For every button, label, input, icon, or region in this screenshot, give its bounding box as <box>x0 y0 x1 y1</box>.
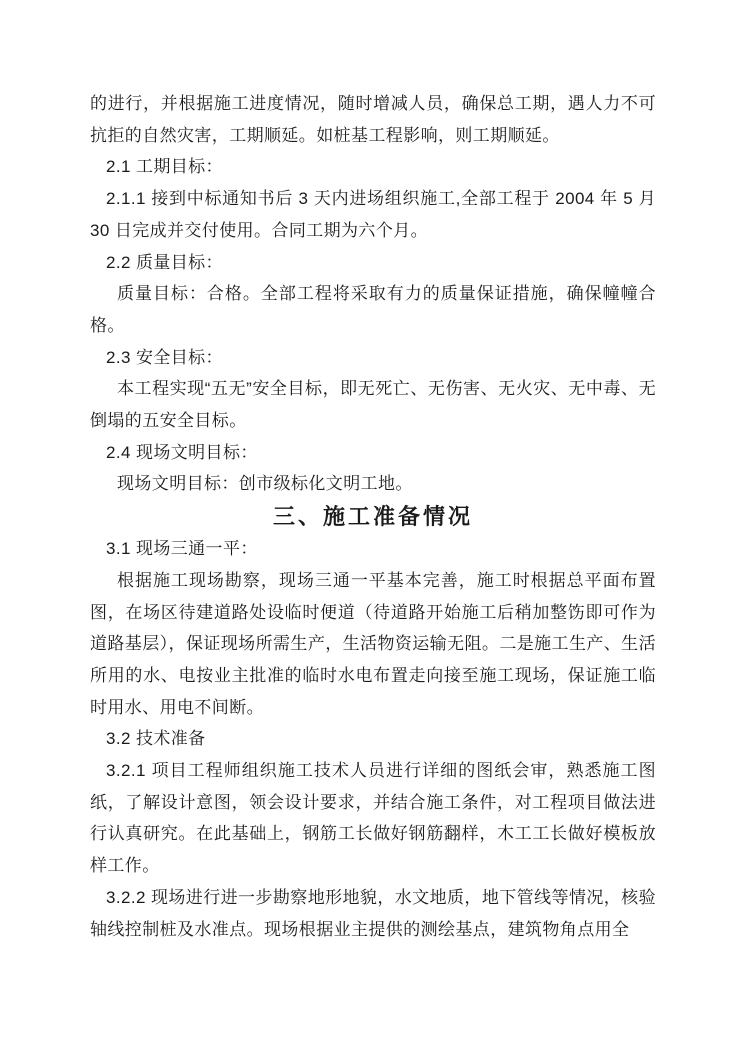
section-3-heading: 三、施工准备情况 <box>90 500 656 533</box>
clause-3-2-2-text-truncated: 3.2.2 现场进行进一步勘察地形地貌，水文地质，地下管线等情况，核验轴线控制桩… <box>90 882 656 945</box>
clause-3-1-title: 3.1 现场三通一平： <box>90 533 656 565</box>
document-text-block: 的进行，并根据施工进度情况，随时增减人员，确保总工期，遇人力不可抗拒的自然灾害，… <box>90 88 656 945</box>
clause-3-2-1-text: 3.2.1 项目工程师组织施工技术人员进行详细的图纸会审，熟悉施工图纸，了解设计… <box>90 755 656 882</box>
clause-3-1-text: 根据施工现场勘察，现场三通一平基本完善，施工时根据总平面布置图，在场区待建道路处… <box>90 565 656 724</box>
clause-2-4-title: 2.4 现场文明目标： <box>90 437 656 469</box>
clause-2-1-1-text: 2.1.1 接到中标通知书后 3 天内进场组织施工,全部工程于 2004 年 5… <box>90 183 656 246</box>
clause-2-3-text: 本工程实现“五无”安全目标，即无死亡、无伤害、无火灾、无中毒、无倒塌的五安全目标… <box>90 373 656 436</box>
clause-2-1-title: 2.1 工期目标： <box>90 151 656 183</box>
clause-3-2-title: 3.2 技术准备 <box>90 723 656 755</box>
clause-2-3-title: 2.3 安全目标： <box>90 342 656 374</box>
clause-2-2-text: 质量目标：合格。全部工程将采取有力的质量保证措施，确保幢幢合格。 <box>90 278 656 341</box>
clause-2-2-title: 2.2 质量目标： <box>90 247 656 279</box>
clause-2-4-text: 现场文明目标：创市级标化文明工地。 <box>90 468 656 500</box>
paragraph-continuation: 的进行，并根据施工进度情况，随时增减人员，确保总工期，遇人力不可抗拒的自然灾害，… <box>90 88 656 151</box>
document-page: 的进行，并根据施工进度情况，随时增减人员，确保总工期，遇人力不可抗拒的自然灾害，… <box>0 0 744 1052</box>
